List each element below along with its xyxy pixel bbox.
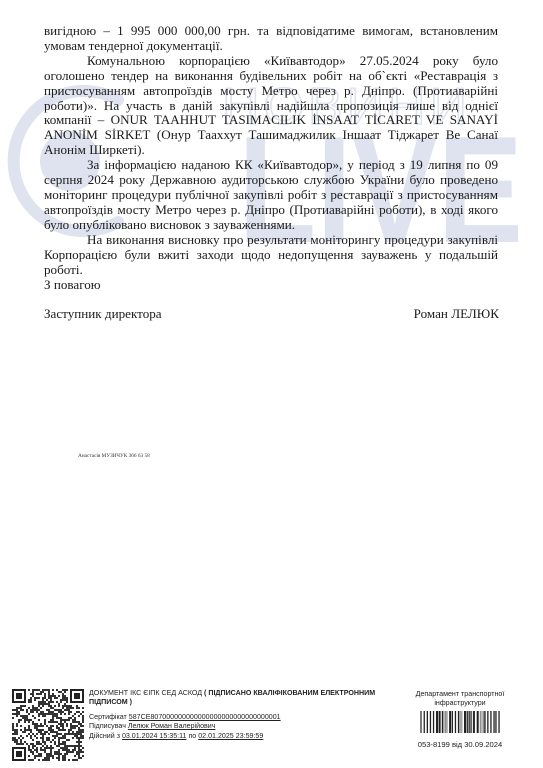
- stamp-signer-value: Лелюк Роман Валерійович: [128, 722, 216, 730]
- qr-code-icon: [12, 689, 84, 762]
- paragraph-2: Комунальною корпорацією «Київавтодор» 27…: [44, 54, 498, 158]
- e-signature-stamp: ДОКУМЕНТ ІКС ЄІПК СЕД АСКОД ( ПІДПИСАНО …: [89, 689, 379, 741]
- paragraph-4: На виконання висновку про результати мон…: [44, 233, 498, 278]
- certificate-label: Сертифікат: [89, 713, 129, 721]
- valid-label: Дійсний з: [89, 732, 122, 740]
- signer-name: Роман ЛЕЛЮК: [414, 306, 499, 322]
- registration-number: 053-8199 від 30.09.2024: [398, 740, 522, 749]
- signer-position: Заступник директора: [44, 306, 162, 322]
- certificate-line: Сертифікат 587CE807000000000000000000000…: [89, 713, 379, 722]
- stamp-signer-label: Підписувач: [89, 722, 128, 730]
- paragraph-3: За інформацією наданою КК «Київавтодор»,…: [44, 158, 498, 233]
- stamp-header-plain: ДОКУМЕНТ ІКС ЄІПК СЕД АСКОД: [89, 689, 204, 697]
- paragraph-1: вигідною – 1 995 000 000,00 грн. та відп…: [44, 24, 498, 54]
- stamp-header: ДОКУМЕНТ ІКС ЄІПК СЕД АСКОД ( ПІДПИСАНО …: [89, 689, 379, 707]
- registration-block: Департамент транспортної інфраструктури …: [398, 690, 522, 749]
- valid-from: 03.01.2024 15:35:11: [122, 732, 187, 740]
- validity-line: Дійсний з 03.01.2024 15:35:11 по 02.01.2…: [89, 732, 379, 741]
- valid-mid: по: [187, 732, 199, 740]
- stamp-meta: Сертифікат 587CE807000000000000000000000…: [89, 713, 379, 741]
- certificate-value: 587CE807000000000000000000000000000001: [129, 713, 281, 721]
- signer-line: Підписувач Лелюк Роман Валерійович: [89, 722, 379, 731]
- executor-contact: Анастасія МУЗИЧУК 366 63 58: [78, 453, 150, 459]
- department-name: Департамент транспортної інфраструктури: [398, 690, 522, 708]
- closing-salutation: З повагою: [44, 277, 101, 293]
- barcode-icon: [420, 711, 500, 733]
- valid-to: 02.01.2025 23:59:59: [198, 732, 263, 740]
- letter-body: вигідною – 1 995 000 000,00 грн. та відп…: [44, 24, 498, 277]
- signer-row: Заступник директора Роман ЛЕЛЮК: [44, 306, 499, 322]
